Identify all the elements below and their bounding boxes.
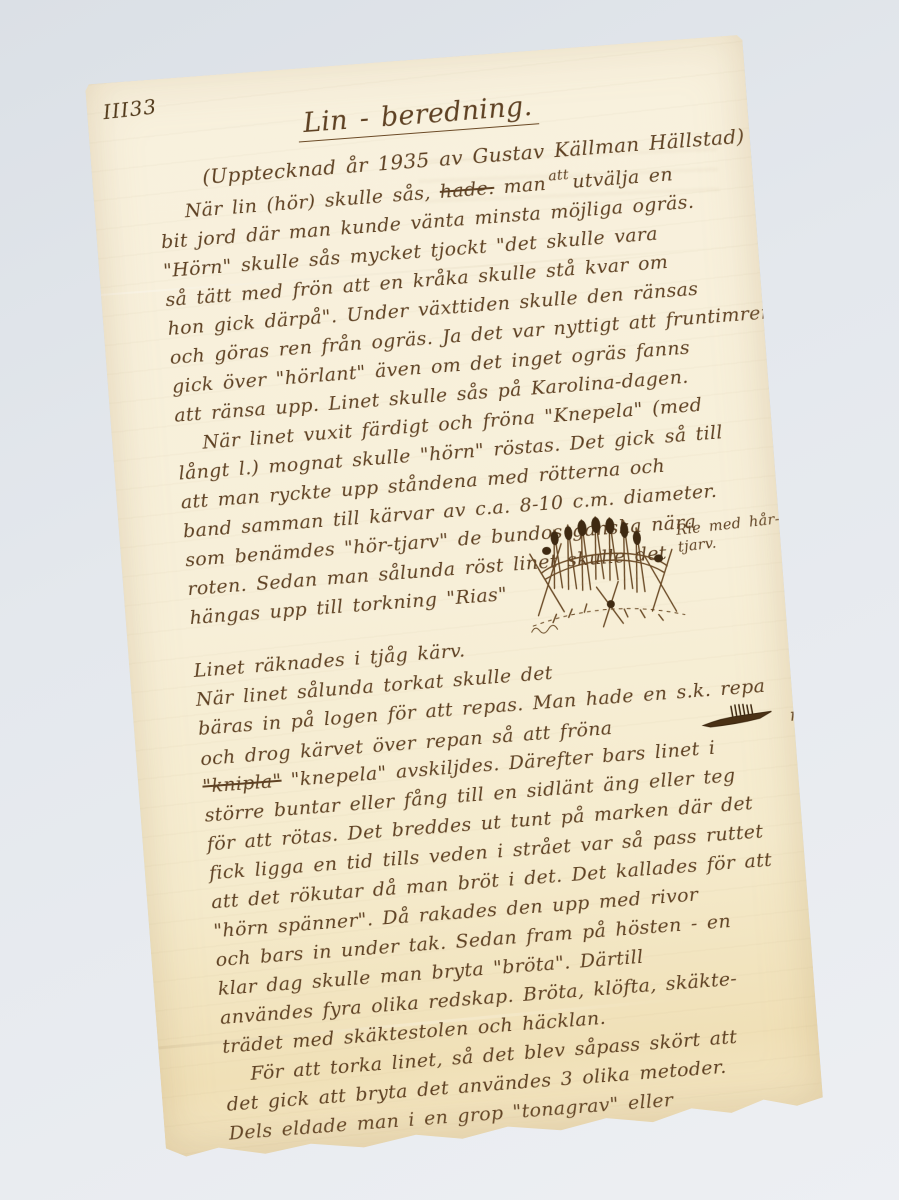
line-text: utvälja en: [571, 163, 673, 193]
repa-label: repa: [789, 702, 831, 725]
manuscript-page: III33 Lin - beredning. (Upptecknad år 19…: [85, 35, 824, 1164]
photo-background: III33 Lin - beredning. (Upptecknad år 19…: [0, 0, 899, 1200]
struck-word: hade.: [439, 177, 495, 203]
struck-word: "knipla": [202, 770, 283, 798]
line-text: man: [493, 173, 546, 199]
drying-rack-sketch: Rie med hår- tjarv.: [516, 486, 775, 637]
rack-caption: Rie med hår- tjarv.: [675, 511, 783, 556]
manuscript-body: (Upptecknad år 1935 av Gustav Källman Hä…: [155, 122, 807, 1149]
inserted-word: att: [548, 167, 570, 185]
page-title: Lin - beredning.: [296, 90, 540, 142]
